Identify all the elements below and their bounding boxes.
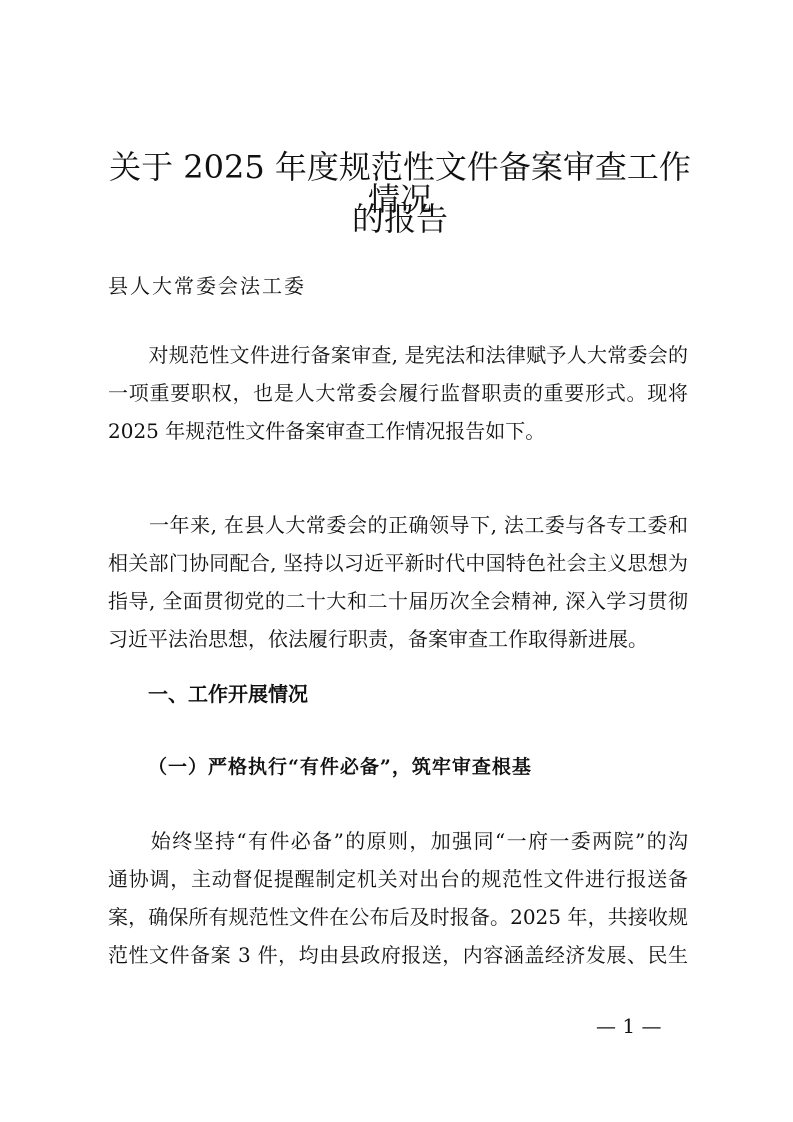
paragraph-line: 习近平法治思想，依法履行职责，备案审查工作取得新进展。 [108, 620, 688, 658]
subsection-heading-1: （一）严格执行“有件必备”，筑牢审查根基 [148, 752, 532, 779]
paragraph-line: 案，确保所有规范性文件在公布后及时报备。2025 年，共接收规 [108, 898, 688, 936]
section-heading-1: 一、工作开展情况 [148, 678, 308, 707]
document-author: 县人大常委会法工委 [108, 270, 306, 299]
paragraph-line: 一年来, 在县人大常委会的正确领导下, 法工委与各专工委和 [108, 506, 688, 544]
paragraph-line: 通协调，主动督促提醒制定机关对出台的规范性文件进行报送备 [108, 860, 688, 898]
paragraph-intro: 对规范性文件进行备案审查, 是宪法和法律赋予人大常委会的 一项重要职权，也是人大… [108, 336, 688, 450]
paragraph-overview: 一年来, 在县人大常委会的正确领导下, 法工委与各专工委和 相关部门协同配合, … [108, 506, 688, 658]
paragraph-line: 2025 年规范性文件备案审查工作情况报告如下。 [108, 412, 688, 450]
paragraph-filing: 始终坚持“有件必备”的原则，加强同“一府一委两院”的沟 通协调，主动督促提醒制定… [108, 822, 688, 974]
document-title-line-2: 的报告 [100, 203, 700, 235]
paragraph-line: 范性文件备案 3 件，均由县政府报送，内容涵盖经济发展、民生 [108, 936, 688, 974]
paragraph-line: 对规范性文件进行备案审查, 是宪法和法律赋予人大常委会的 [108, 336, 688, 374]
paragraph-line: 始终坚持“有件必备”的原则，加强同“一府一委两院”的沟 [108, 822, 688, 860]
paragraph-line: 一项重要职权，也是人大常委会履行监督职责的重要形式。现将 [108, 374, 688, 412]
paragraph-line: 相关部门协同配合, 坚持以习近平新时代中国特色社会主义思想为 [108, 544, 688, 582]
paragraph-line: 指导, 全面贯彻党的二十大和二十届历次全会精神, 深入学习贯彻 [108, 582, 688, 620]
page-number: — 1 — [596, 1014, 661, 1038]
